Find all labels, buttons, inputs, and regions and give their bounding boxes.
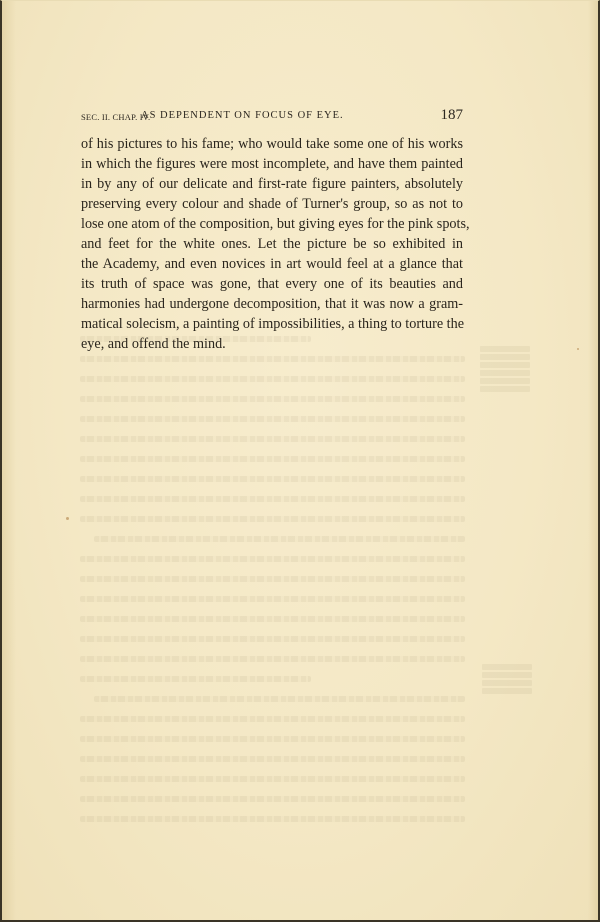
text-line: in by any of our delicate and first-rate…: [81, 174, 463, 194]
page-edge-shadow-right: [588, 1, 598, 920]
running-head-section: SEC. II. CHAP. IV.: [81, 112, 150, 122]
text-line: lose one atom of the composition, but gi…: [81, 214, 463, 234]
bleed-through-margin-note: [482, 664, 532, 696]
text-line: its truth of space was gone, that every …: [81, 274, 463, 294]
text-line: preserving every colour and shade of Tur…: [81, 194, 463, 214]
bleed-through-text: [80, 329, 465, 829]
text-line: in which the figures were most incomplet…: [81, 154, 463, 174]
page-edge-shadow-left: [2, 1, 16, 920]
text-line: and feet for the white ones. Let the pic…: [81, 234, 463, 254]
running-head: SEC. II. CHAP. IV. AS DEPENDENT ON FOCUS…: [81, 108, 463, 128]
text-line: the Academy, and even novices in art wou…: [81, 254, 463, 274]
bleed-through-margin-note: [480, 346, 530, 394]
body-paragraph: of his pictures to his fame; who would t…: [81, 134, 463, 354]
scanned-book-page: SEC. II. CHAP. IV. AS DEPENDENT ON FOCUS…: [0, 0, 600, 922]
text-line: of his pictures to his fame; who would t…: [81, 134, 463, 154]
page-number: 187: [441, 107, 464, 124]
paper-speck: [66, 517, 69, 520]
running-head-title: AS DEPENDENT ON FOCUS OF EYE.: [141, 110, 344, 121]
paper-speck: [577, 348, 579, 350]
text-line: harmonies had undergone decomposition, t…: [81, 294, 463, 314]
